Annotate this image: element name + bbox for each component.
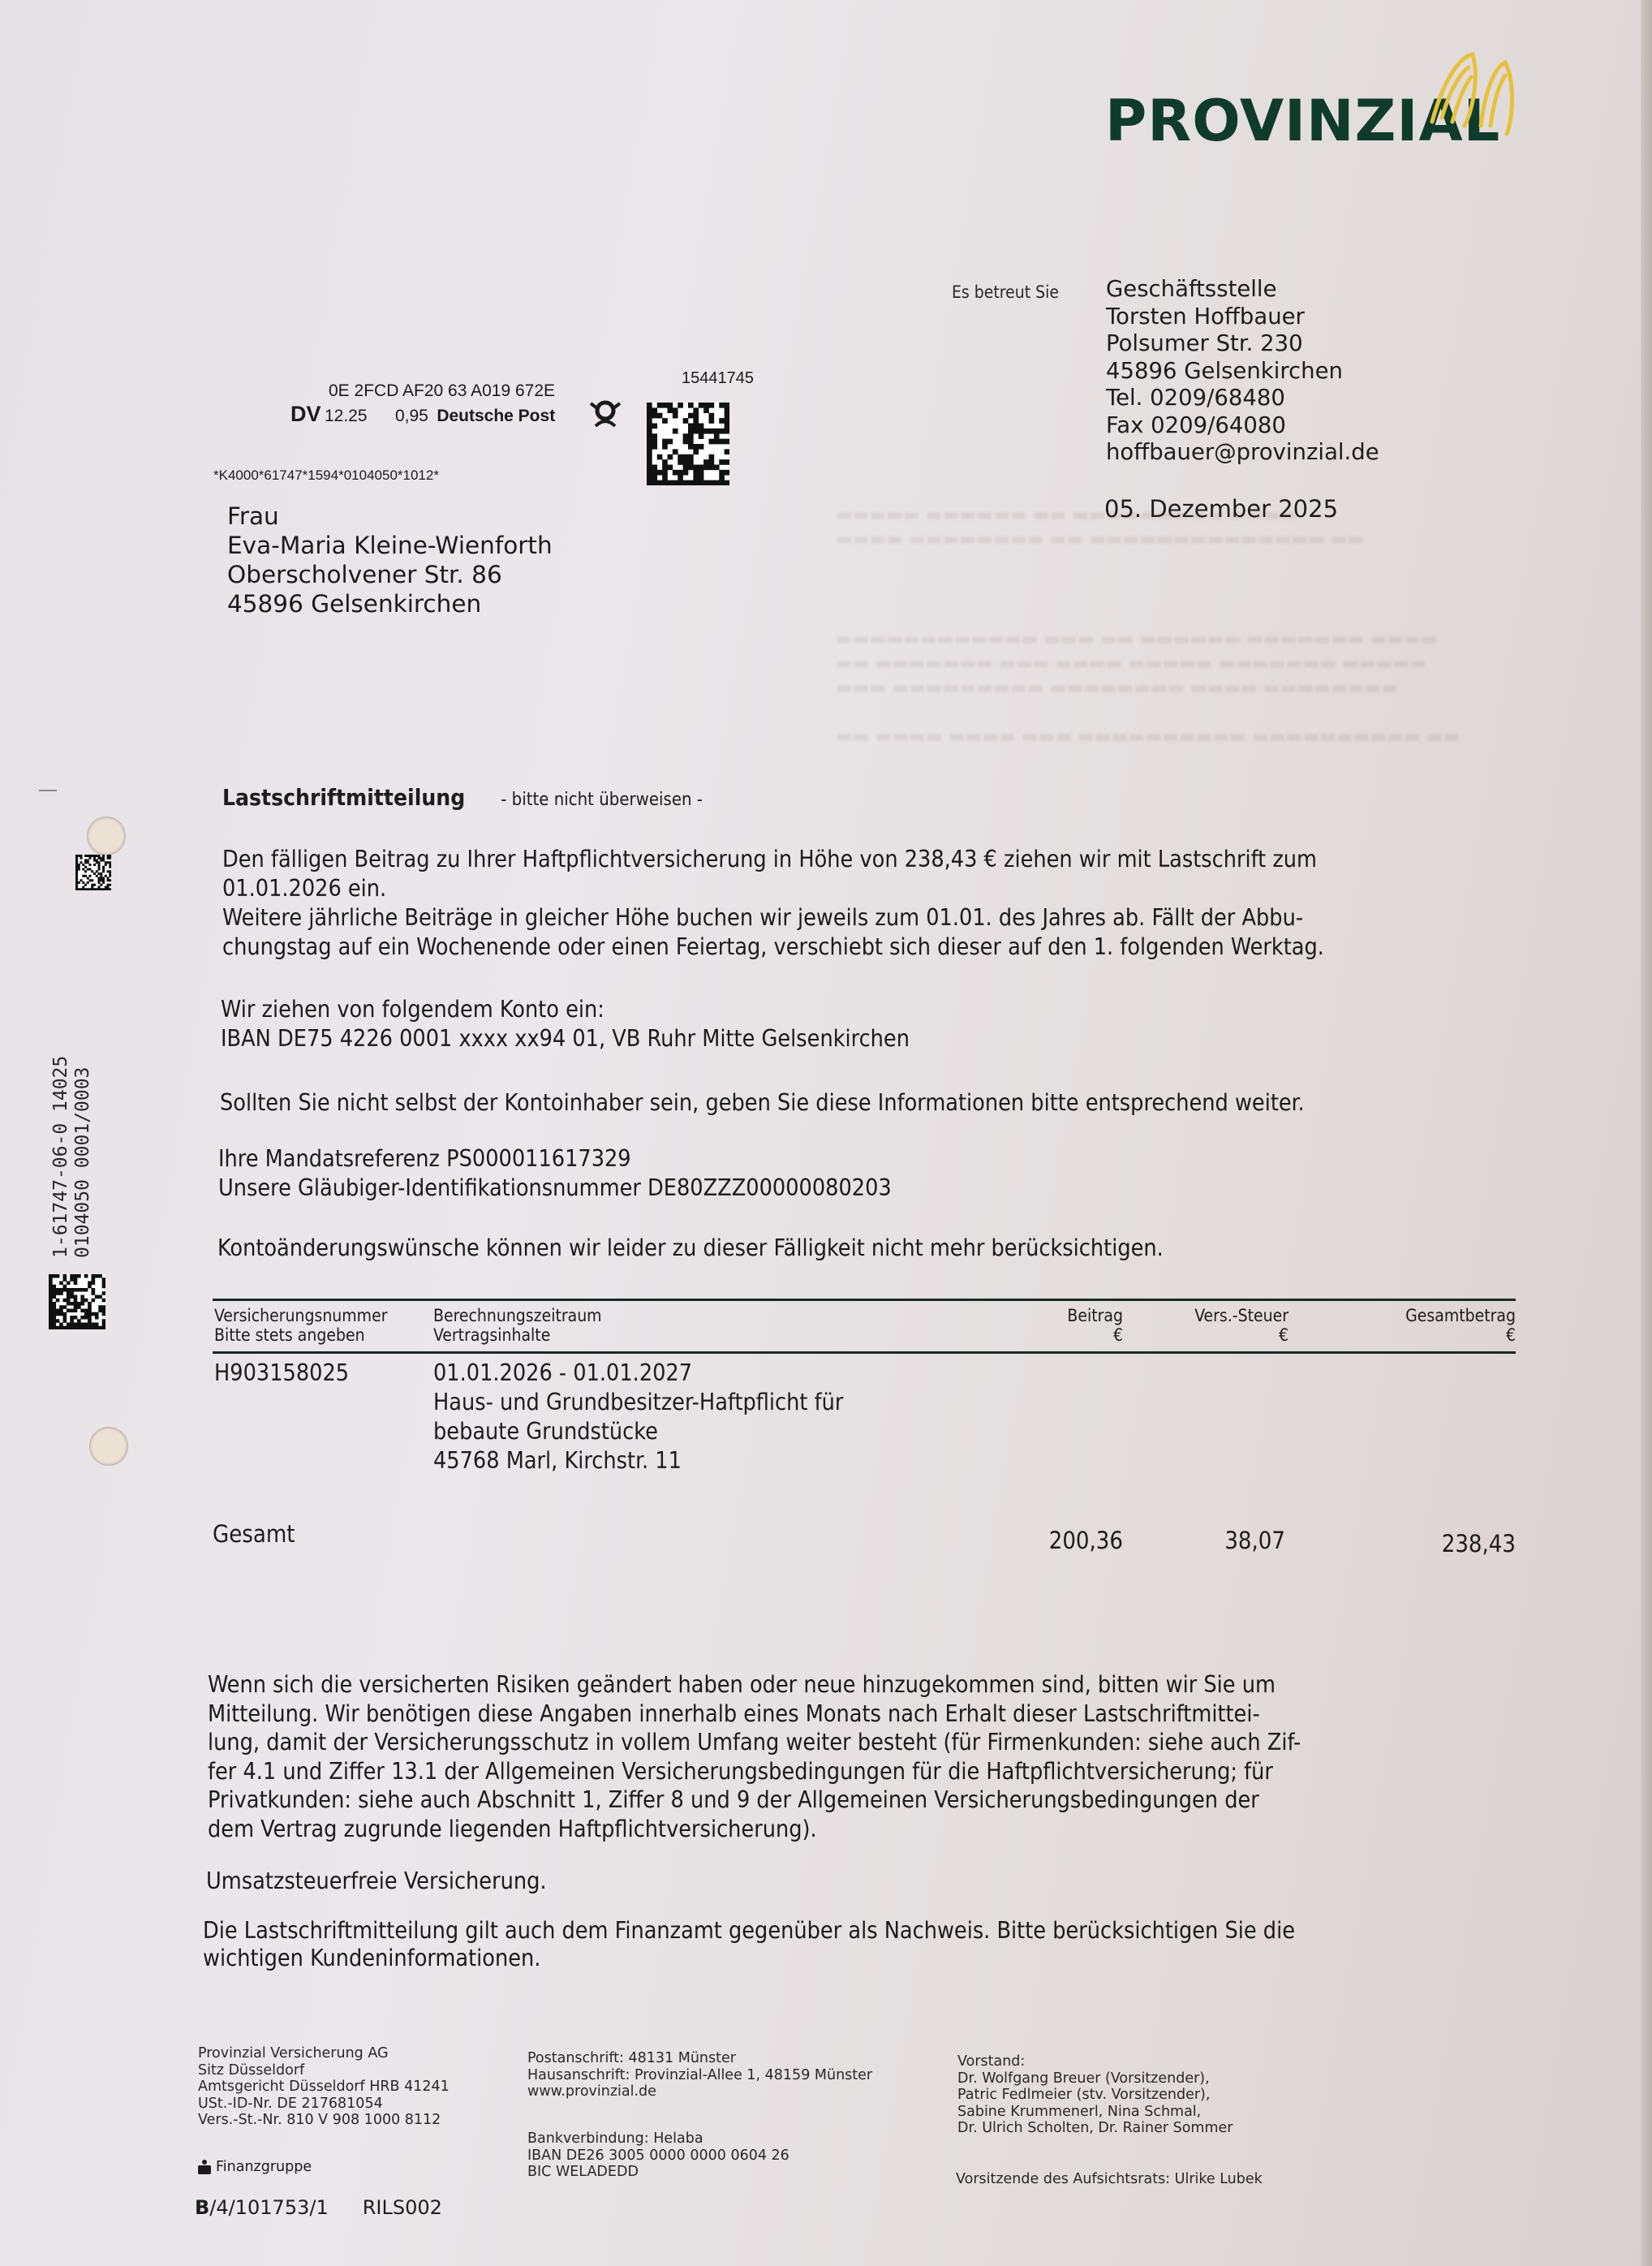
footer-line: Bankverbindung: Helaba xyxy=(527,2130,789,2148)
recipient-city: 45896 Gelsenkirchen xyxy=(227,589,553,618)
footer-board: Vorstand: Dr. Wolfgang Breuer (Vorsitzen… xyxy=(957,2053,1233,2137)
franking-carrier: Deutsche Post xyxy=(437,407,555,425)
footer-line: Sabine Krummenerl, Nina Schmal, xyxy=(957,2104,1233,2121)
text-line: chungstag auf ein Wochenende oder einen … xyxy=(222,933,1324,962)
bleed-through: ▬▬▬▬ ▬▬▬▬▬▬▬▬ ▬▬ ▬▬▬▬▬▬▬▬▬▬▬▬▬▬ ▬▬ xyxy=(836,529,1365,549)
creditor-id: Unsere Gläubiger-Identifikationsnummer D… xyxy=(218,1174,892,1203)
footer-company: Provinzial Versicherung AG Sitz Düsseldo… xyxy=(198,2045,450,2129)
premium-table: Versicherungsnummer Bitte stets angeben … xyxy=(213,1299,1516,1561)
footer-line: Dr. Ulrich Scholten, Dr. Rainer Sommer xyxy=(957,2120,1233,2137)
recipient-name: Eva-Maria Kleine-Wienforth xyxy=(227,531,553,560)
routing-code: *K4000*61747*1594*0104050*1012* xyxy=(213,467,439,484)
recipient-street: Oberscholvener Str. 86 xyxy=(227,560,553,589)
paragraph-mandate: Ihre Mandatsreferenz PS000011617329 Unse… xyxy=(218,1144,892,1203)
header-currency: € xyxy=(1194,1325,1288,1345)
ref-prefix: B xyxy=(195,2196,209,2219)
punch-hole xyxy=(89,1427,128,1466)
header-text: Bitte stets angeben xyxy=(214,1325,387,1345)
header-tax: Vers.-Steuer € xyxy=(1194,1306,1288,1345)
header-period: Berechnungszeitraum Vertragsinhalte xyxy=(433,1306,602,1345)
letter-page: ▬▬▬▬▬ ▬▬▬▬▬▬ ▬▬ ▬▬▬▬▬▬▬▬▬ ▬▬▬▬ ▬▬▬▬ ▬▬▬▬… xyxy=(0,0,1652,2266)
footer-line: Provinzial Versicherung AG xyxy=(198,2045,450,2062)
text-line: Die Lastschriftmitteilung gilt auch dem … xyxy=(203,1917,1295,1945)
footer-line: Hausanschrift: Provinzial-Allee 1, 48159… xyxy=(527,2067,872,2084)
side-routing-code: 1-61747-06-0 140250104050 0001/0003 xyxy=(50,1056,94,1258)
insured-address: 45768 Marl, Kirchstr. 11 xyxy=(433,1446,843,1475)
franking-month: 12.25 xyxy=(325,407,368,425)
ref-number: /4/101753/1 xyxy=(209,2196,328,2219)
letter-date: 05. Dezember 2025 xyxy=(1104,495,1338,523)
contact-person: Torsten Hoffbauer xyxy=(1106,304,1379,331)
document-title: Lastschriftmitteilung xyxy=(222,784,465,811)
footer-line: USt.-ID-Nr. DE 217681054 xyxy=(198,2096,450,2113)
contract-details: 01.01.2026 - 01.01.2027 Haus- und Grundb… xyxy=(433,1359,843,1475)
policy-number: H903158025 xyxy=(214,1359,349,1388)
sparkasse-s-icon xyxy=(198,2160,211,2174)
angel-wings-icon xyxy=(1416,45,1521,142)
billing-period: 01.01.2026 - 01.01.2027 xyxy=(433,1359,843,1388)
contact-label: Es betreut Sie xyxy=(952,282,1059,302)
contract-type: Haus- und Grundbesitzer-Haftpflicht für xyxy=(433,1388,843,1417)
finanzgruppe-label: Finanzgruppe xyxy=(216,2159,312,2175)
header-text: Vers.-Steuer xyxy=(1194,1306,1288,1325)
franking-code: 0E 2FCD AF20 63 A019 672E xyxy=(329,381,555,401)
text-line: wichtigen Kundeninformationen. xyxy=(203,1945,1295,1972)
recipient-salutation: Frau xyxy=(227,502,553,531)
paragraph-account-changes: Kontoänderungswünsche können wir leider … xyxy=(217,1234,1164,1263)
header-currency: € xyxy=(1067,1325,1123,1345)
contact-city: 45896 Gelsenkirchen xyxy=(1106,358,1379,386)
total-amount: 238,43 xyxy=(1442,1530,1516,1557)
side-code-line2: 0104050 0001/0003 xyxy=(72,1056,94,1258)
punch-hole xyxy=(87,816,126,855)
contact-email: hoffbauer@provinzial.de xyxy=(1106,439,1379,467)
side-code-line1: 1-61747-06-0 14025 xyxy=(50,1056,72,1258)
paragraph-account: Wir ziehen von folgendem Konto ein: IBAN… xyxy=(221,995,910,1053)
footer-supervisory: Vorsitzende des Aufsichtsrats: Ulrike Lu… xyxy=(956,2171,1263,2188)
total-label: Gesamt xyxy=(213,1520,295,1548)
header-total: Gesamtbetrag € xyxy=(1405,1306,1516,1345)
text-line: dem Vertrag zugrunde liegenden Haftpflic… xyxy=(208,1815,1301,1844)
header-text: Vertragsinhalte xyxy=(433,1325,602,1345)
footer-line: Postanschrift: 48131 Münster xyxy=(527,2050,872,2067)
footer-bank: Bankverbindung: Helaba IBAN DE26 3005 00… xyxy=(527,2130,789,2164)
paragraph-vat-free: Umsatzsteuerfreie Versicherung. xyxy=(206,1867,547,1896)
finanzgruppe-badge: Finanzgruppe xyxy=(198,2159,312,2175)
footer-line: Vorstand: xyxy=(957,2053,1233,2070)
franking-price: 0,95 xyxy=(395,407,428,425)
paragraph-risk-changes: Wenn sich die versicherten Risiken geänd… xyxy=(208,1670,1301,1843)
document-subtitle: - bitte nicht überweisen - xyxy=(501,790,703,810)
recipient-address: Frau Eva-Maria Kleine-Wienforth Oberscho… xyxy=(227,502,553,618)
footer-line: IBAN DE26 3005 0000 0000 0604 26 xyxy=(527,2148,789,2165)
bleed-through: ▬▬▬ ▬▬▬▬▬▬▬▬▬ ▬▬▬▬▬▬▬▬ ▬▬▬▬ ▬▬▬▬▬▬▬▬ xyxy=(836,678,1398,698)
paragraph-tax-proof: Die Lastschriftmitteilung gilt auch dem … xyxy=(203,1917,1295,1972)
footer-line: Sitz Düsseldorf xyxy=(198,2062,450,2079)
text-line: Den fälligen Beitrag zu Ihrer Haftpflich… xyxy=(222,845,1324,874)
contract-type-cont: bebaute Grundstücke xyxy=(433,1417,843,1446)
contact-block: Geschäftsstelle Torsten Hoffbauer Polsum… xyxy=(1106,276,1379,467)
footer-address: Postanschrift: 48131 Münster Hausanschri… xyxy=(527,2050,872,2100)
footer-bic: BIC WELADEDD xyxy=(527,2164,639,2181)
bleed-through: ▬▬ ▬▬▬▬ ▬▬▬▬ ▬▬▬ ▬▬▬▬▬▬▬▬▬▬ ▬▬▬▬▬▬▬▬▬▬ ▬… xyxy=(836,726,1460,747)
footer-line: Amtsgericht Düsseldorf HRB 41241 xyxy=(198,2079,450,2096)
contact-street: Polsumer Str. 230 xyxy=(1106,330,1379,358)
header-text: Berechnungszeitraum xyxy=(433,1306,602,1325)
contact-fax: Fax 0209/64080 xyxy=(1106,412,1379,440)
datamatrix-code-side xyxy=(49,1274,105,1329)
post-horn-icon xyxy=(589,400,622,428)
franking-product: DV xyxy=(290,402,321,426)
mandate-reference: Ihre Mandatsreferenz PS000011617329 xyxy=(218,1144,892,1174)
bleed-through: ▬▬▬▬▬▬▬▬▬▬▬▬ ▬▬▬ ▬▬ ▬▬▬▬▬▬ ▬▬▬▬▬▬▬ ▬▬▬▬ xyxy=(836,629,1438,649)
table-header: Versicherungsnummer Bitte stets angeben … xyxy=(213,1301,1516,1351)
text-line: 01.01.2026 ein. xyxy=(222,874,1324,903)
franking-line: DV 12.25 0,95 Deutsche Post xyxy=(290,402,555,427)
paragraph-account-holder: Sollten Sie nicht selbst der Kontoinhabe… xyxy=(220,1088,1305,1118)
text-line: Wir ziehen von folgendem Konto ein: xyxy=(221,995,910,1024)
footer-line: Vers.-St.-Nr. 810 V 908 1000 8112 xyxy=(198,2112,450,2129)
letter-heading: Lastschriftmitteilung - bitte nicht über… xyxy=(217,784,1524,811)
text-line: lung, damit der Versicherungsschutz in v… xyxy=(208,1728,1301,1757)
table-row: H903158025 01.01.2026 - 01.01.2027 Haus-… xyxy=(213,1354,1516,1520)
iban-line: IBAN DE75 4226 0001 xxxx xx94 01, VB Ruh… xyxy=(221,1024,910,1053)
total-premium: 200,36 xyxy=(1049,1527,1123,1554)
paragraph-debit-notice: Den fälligen Beitrag zu Ihrer Haftpflich… xyxy=(222,845,1324,962)
text-line: Wenn sich die versicherten Risiken geänd… xyxy=(208,1670,1301,1699)
header-text: Gesamtbetrag xyxy=(1405,1306,1516,1325)
text-line: Mitteilung. Wir benötigen diese Angaben … xyxy=(208,1699,1301,1729)
text-line: Kontoänderungswünsche können wir leider … xyxy=(217,1234,1164,1263)
footer-line: Patric Fedlmeier (stv. Vorsitzender), xyxy=(957,2087,1233,2104)
header-premium: Beitrag € xyxy=(1067,1306,1123,1345)
bleed-through: ▬▬ ▬▬▬▬▬▬▬ ▬▬▬ ▬▬▬▬ ▬▬▬▬▬ ▬▬▬▬▬▬▬ ▬▬▬▬▬ xyxy=(836,653,1426,674)
header-currency: € xyxy=(1405,1325,1516,1345)
header-policy-number: Versicherungsnummer Bitte stets angeben xyxy=(214,1306,387,1345)
header-text: Versicherungsnummer xyxy=(214,1306,387,1325)
text-line: Sollten Sie nicht selbst der Kontoinhabe… xyxy=(220,1088,1305,1118)
text-line: fer 4.1 und Ziffer 13.1 der Allgemeinen … xyxy=(208,1757,1301,1786)
datamatrix-code-small xyxy=(75,855,111,890)
contact-office: Geschäftsstelle xyxy=(1106,276,1379,304)
text-line: Weitere jährliche Beiträge in gleicher H… xyxy=(222,903,1324,933)
table-total-row: Gesamt 200,36 38,07 238,43 xyxy=(213,1520,1516,1561)
contact-phone: Tel. 0209/68480 xyxy=(1106,385,1379,412)
form-code: RILS002 xyxy=(363,2196,442,2219)
total-tax: 38,07 xyxy=(1224,1527,1285,1554)
fold-mark xyxy=(39,790,57,791)
footer-line: Dr. Wolfgang Breuer (Vorsitzender), xyxy=(957,2070,1233,2087)
tracking-number: 15441745 xyxy=(682,369,754,388)
footer-website-link[interactable]: www.provinzial.de xyxy=(527,2083,872,2100)
datamatrix-code xyxy=(647,403,729,485)
document-reference: B/4/101753/1RILS002 xyxy=(195,2196,442,2219)
page-edge xyxy=(1641,0,1652,2266)
text-line: Umsatzsteuerfreie Versicherung. xyxy=(206,1867,547,1896)
text-line: Privatkunden: siehe auch Abschnitt 1, Zi… xyxy=(208,1786,1301,1815)
header-text: Beitrag xyxy=(1067,1306,1123,1325)
